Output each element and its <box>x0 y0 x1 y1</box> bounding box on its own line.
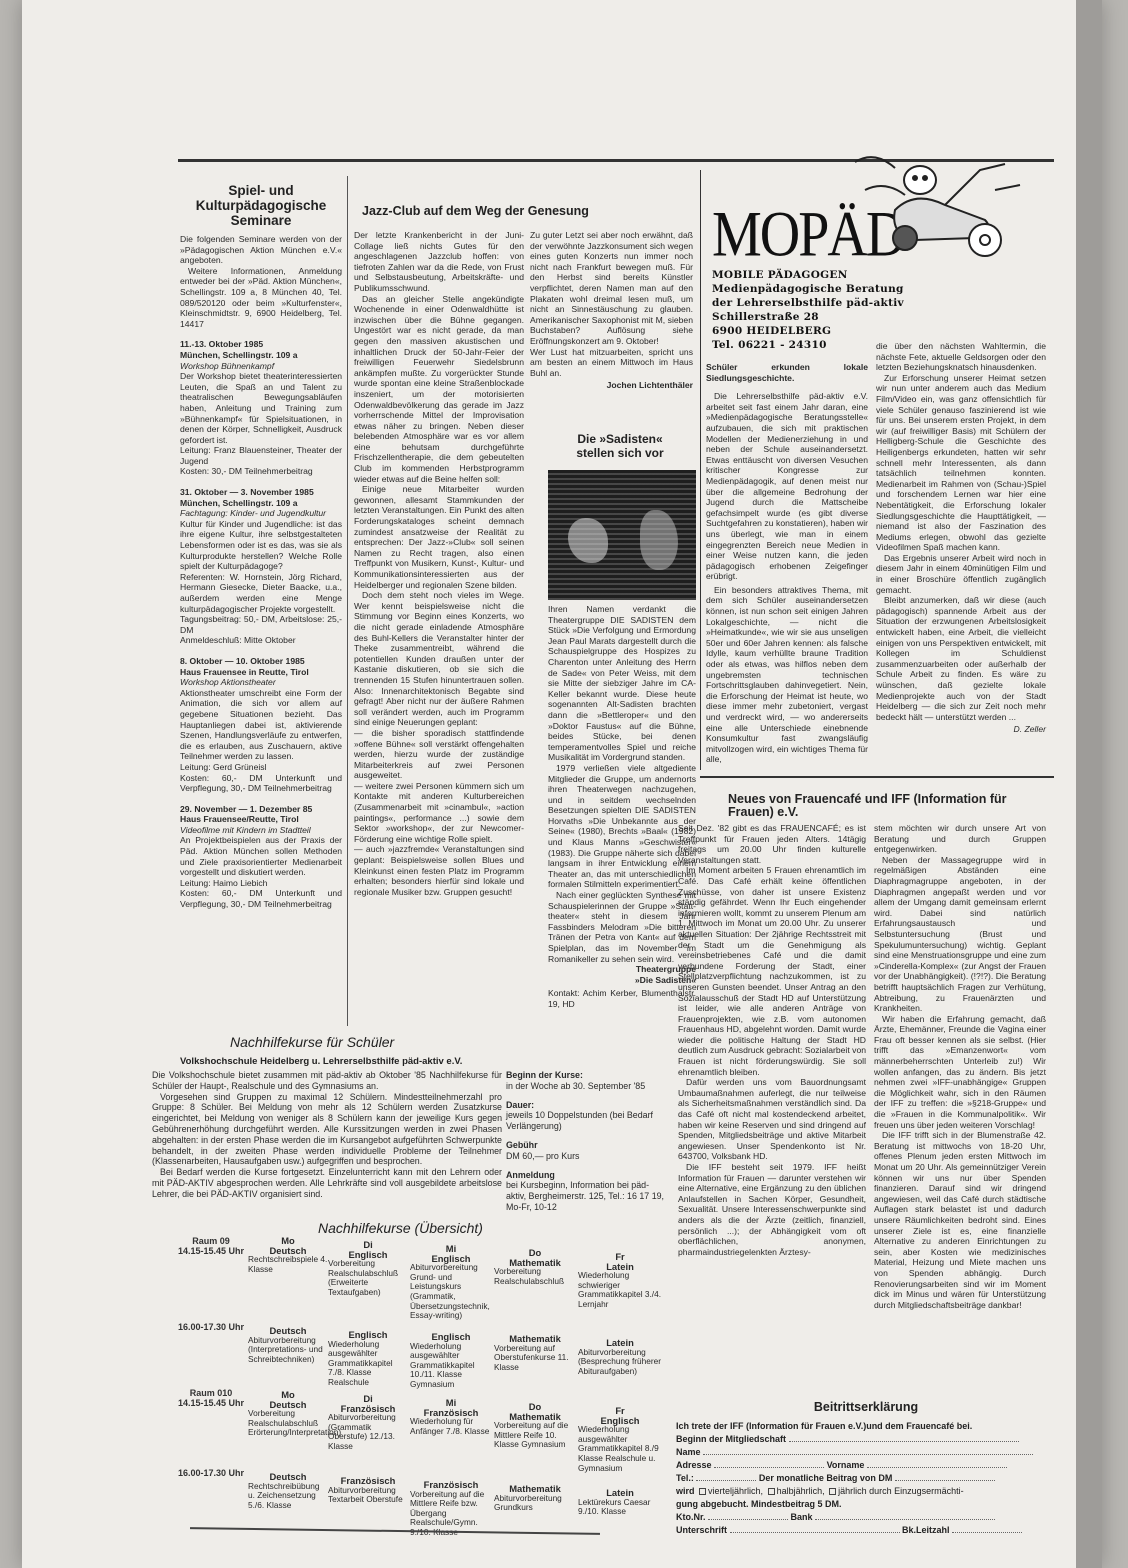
event-title: Videofilme mit Kindern im Stadtteil <box>180 825 342 836</box>
beitritt-adresse-row: Adresse Vorname <box>676 1459 1056 1472</box>
kto-label: Kto.Nr. <box>676 1512 706 1522</box>
event-title: Workshop Bühnenkampf <box>180 361 342 372</box>
event-place: Haus Frauensee/Reutte, Tirol <box>180 814 342 825</box>
course-cell: Fr Englisch Wiederholung ausgewählter Gr… <box>578 1406 662 1473</box>
frauencafe-paragraph: Die IFF besteht seit 1979. IFF heißt Inf… <box>678 1162 866 1257</box>
room-label: Raum 09 14.15-15.45 Uhr <box>176 1236 246 1256</box>
bank-field[interactable] <box>815 1511 995 1520</box>
sadisten-paragraph: Ihren Namen verdankt die Theatergruppe D… <box>548 604 696 763</box>
event-leitung: Leitung: Gerd Grüneisl <box>180 762 342 773</box>
slot-time: 16.00-17.30 Uhr <box>176 1468 246 1478</box>
course-desc: Wiederholung schwieriger Grammatikkapite… <box>578 1270 661 1309</box>
seminare-article: Spiel- und Kulturpädagogische Seminare D… <box>180 183 342 910</box>
jazz-list-item: — weitere zwei Personen kümmern sich um … <box>354 781 524 845</box>
nachhilfe-info: Beginn der Kurse: in der Woche ab 30. Se… <box>506 1070 666 1213</box>
beitritt-tel-row: Tel.: Der monatliche Beitrag von DM <box>676 1472 1056 1485</box>
jazz-paragraph: Zu guter Letzt sei aber noch erwähnt, da… <box>530 230 693 347</box>
course-cell: Mathematik Abiturvorbereitung Grundkurs <box>494 1484 576 1513</box>
beitritt-intro: Ich trete der IFF (Information für Fraue… <box>676 1420 1056 1433</box>
sadisten-signature: »Die Sadisten« <box>548 975 696 986</box>
jazz-col2: Zu guter Letzt sei aber noch erwähnt, da… <box>530 230 693 391</box>
mopaed-paragraph: Ein besonders attraktives Thema, mit dem… <box>706 585 868 765</box>
room-label: Raum 010 14.15-15.45 Uhr <box>176 1388 246 1408</box>
course-cell: Mathematik Vorbereitung auf Oberstufenku… <box>494 1334 576 1372</box>
slot-time: 14.15-15.45 Uhr <box>176 1398 246 1408</box>
beitritt-name-row: Name <box>676 1446 1056 1459</box>
info-value: jeweils 10 Doppelstunden (bei Bedarf Ver… <box>506 1110 666 1132</box>
seminar-event: 11.-13. Oktober 1985 München, Schellings… <box>180 339 342 477</box>
unterschrift-field[interactable] <box>730 1524 900 1533</box>
event-leitung: Leitung: Franz Blauensteiner, Theater de… <box>180 445 342 466</box>
sadisten-contact: Kontakt: Achim Kerber, Blumenthalstr. 19… <box>548 988 696 1009</box>
kto-field[interactable] <box>708 1511 788 1520</box>
mopaed-line: MOBILE PÄDAGOGEN <box>712 268 904 282</box>
nachhilfe-body: Die Volkshochschule bietet zusammen mit … <box>152 1070 502 1200</box>
mopaed-paragraph: die über den nächsten Wahltermin, die nä… <box>876 341 1046 373</box>
option-label: vierteljährlich, <box>708 1486 763 1496</box>
nachhilfe-subtitle: Volkshochschule Heidelberg u. Lehrerselb… <box>180 1056 462 1067</box>
frauencafe-paragraph: Neben der Massagegruppe wird in regelmäß… <box>874 855 1046 1014</box>
sadisten-title-line1: Die »Sadisten« <box>545 432 695 446</box>
mopaed-col1: Schüler erkunden lokale Siedlungsgeschic… <box>706 362 868 765</box>
seminare-title: Spiel- und Kulturpädagogische Seminare <box>180 183 342 228</box>
frauencafe-paragraph: Im Moment arbeiten 5 Frauen ehrenamtlich… <box>678 865 866 1077</box>
event-kosten: Kosten: 60,- DM Unterkunft und Verpflegu… <box>180 888 342 909</box>
beitritt-bank-row: Kto.Nr. Bank <box>676 1511 1056 1524</box>
beitritt-signature-row: Unterschrift Bk.Leitzahl <box>676 1524 1056 1537</box>
course-desc: Abiturvorbereitung (Grammatik Oberstufe)… <box>328 1412 396 1451</box>
blz-field[interactable] <box>952 1524 1022 1533</box>
jazz-paragraph: Einige neue Mitarbeiter wurden gewonnen,… <box>354 484 524 590</box>
jazz-title: Jazz-Club auf dem Weg der Genesung <box>362 204 589 218</box>
mopaed-box-border <box>700 170 701 770</box>
event-kosten: Kosten: 30,- DM Teilnehmerbeitrag <box>180 466 342 477</box>
room-name: Raum 010 <box>176 1388 246 1398</box>
course-desc: Vorbereitung Realschulabschluß <box>494 1266 564 1286</box>
course-desc: Rechtschreibübung u. Zeichensetzung 5./6… <box>248 1481 320 1510</box>
blz-label: Bk.Leitzahl <box>902 1525 950 1535</box>
nachhilfe-paragraph: Vorgesehen sind Gruppen zu maximal 12 Sc… <box>152 1092 502 1168</box>
event-kosten: Tagungsbeitrag: 50,- DM, Arbeitslose: 25… <box>180 614 342 635</box>
mopaed-paragraph: Bleibt anzumerken, daß wir diese (auch p… <box>876 595 1046 722</box>
course-cell: Mi Französisch Wiederholung für Anfänger… <box>410 1398 492 1436</box>
course-cell: Latein Lektürekurs Caesar 9./10. Klasse <box>578 1488 662 1517</box>
event-date: 11.-13. Oktober 1985 <box>180 339 342 350</box>
course-desc: Rechtschreibspiele 4. Klasse <box>248 1254 327 1274</box>
event-date: 8. Oktober — 10. Oktober 1985 <box>180 656 342 667</box>
beginn-field[interactable] <box>789 1433 1019 1442</box>
course-cell: Do Mathematik Vorbereitung auf die Mittl… <box>494 1402 576 1450</box>
seminar-event: 31. Oktober — 3. November 1985 München, … <box>180 487 342 646</box>
slot-time: 16.00-17.30 Uhr <box>176 1322 246 1332</box>
event-leitung: Referenten: W. Hornstein, Jörg Richard, … <box>180 572 342 614</box>
seminar-event: 8. Oktober — 10. Oktober 1985 Haus Fraue… <box>180 656 342 794</box>
info-value: bei Kursbeginn, Information bei päd-akti… <box>506 1180 666 1212</box>
course-desc: Vorbereitung Realschulabschluß (Erweiter… <box>328 1258 398 1297</box>
frauencafe-col2: stem möchten wir durch unsere Art von Be… <box>874 823 1046 1310</box>
event-date: 31. Oktober — 3. November 1985 <box>180 487 342 498</box>
course-desc: Wiederholung ausgewählter Grammatikkapit… <box>410 1341 475 1389</box>
info-label: Anmeldung <box>506 1170 666 1181</box>
unterschrift-label: Unterschrift <box>676 1525 727 1535</box>
course-cell: Do Mathematik Vorbereitung Realschulabsc… <box>494 1248 576 1286</box>
photo-figure <box>640 510 678 570</box>
beginn-label: Beginn der Mitgliedschaft <box>676 1434 786 1444</box>
info-anmeldung: Anmeldung bei Kursbeginn, Information be… <box>506 1170 666 1213</box>
tel-field[interactable] <box>696 1472 756 1481</box>
event-leitung: Leitung: Haimo Liebich <box>180 878 342 889</box>
mopaed-line: Medienpädagogische Beratung <box>712 282 904 296</box>
jazz-paragraph: Wer Lust hat mitzuarbeiten, spricht uns … <box>530 347 693 379</box>
course-cell: Französisch Vorbereitung auf die Mittler… <box>410 1480 492 1538</box>
course-desc: Wiederholung für Anfänger 7./8. Klasse <box>410 1416 489 1436</box>
mopaed-paragraph: Zur Erforschung unserer Heimat setzen wi… <box>876 373 1046 553</box>
course-desc: Vorbereitung auf die Mittlere Reife 10. … <box>494 1420 568 1449</box>
course-cell: Englisch Wiederholung ausgewählter Gramm… <box>410 1332 492 1390</box>
course-desc: Abiturvorbereitung Textarbeit Oberstufe <box>328 1485 403 1505</box>
vorname-field[interactable] <box>867 1459 1007 1468</box>
scooter-illustration-icon <box>835 150 1035 260</box>
seminar-event: 29. November — 1. Dezember 85 Haus Fraue… <box>180 804 342 910</box>
info-label: Dauer: <box>506 1100 666 1111</box>
wird-label: wird <box>676 1486 695 1496</box>
mopaed-subhead: Schüler erkunden lokale Siedlungsgeschic… <box>706 362 868 383</box>
name-field[interactable] <box>703 1446 1033 1455</box>
option-label: halbjährlich, <box>777 1486 825 1496</box>
info-gebuehr: Gebühr DM 60,— pro Kurs <box>506 1140 666 1162</box>
beitritt-beginn-row: Beginn der Mitgliedschaft <box>676 1433 1056 1446</box>
course-cell: Latein Abiturvorbereitung (Besprechung f… <box>578 1338 662 1376</box>
course-desc: Abiturvorbereitung Grund- und Leistungsk… <box>410 1262 490 1320</box>
course-cell: Französisch Abiturvorbereitung Textarbei… <box>328 1476 408 1505</box>
sadisten-paragraph: Nach einer geglückten Synthese mit Schau… <box>548 890 696 964</box>
jazz-paragraph: Der letzte Krankenbericht in der Juni-Co… <box>354 230 524 294</box>
info-dauer: Dauer: jeweils 10 Doppelstunden (bei Bed… <box>506 1100 666 1132</box>
mopaed-line: 6900 HEIDELBERG <box>712 324 904 338</box>
beitritt-interval-row: wird vierteljährlich, halbjährlich, jähr… <box>676 1485 1056 1498</box>
event-place: München, Schellingstr. 109 a <box>180 350 342 361</box>
info-label: Beginn der Kurse: <box>506 1070 666 1081</box>
beitritt-form: Beitrittserklärung Ich trete der IFF (In… <box>676 1400 1056 1537</box>
seminare-intro-p1: Die folgenden Seminare werden von der »P… <box>180 234 342 266</box>
info-label: Gebühr <box>506 1140 666 1151</box>
event-body: An Projektbeispielen aus der Praxis der … <box>180 835 342 877</box>
slot-time: 14.15-15.45 Uhr <box>176 1246 246 1256</box>
nachhilfe-title: Nachhilfekurse für Schüler <box>230 1034 394 1050</box>
course-desc: Wiederholung ausgewählter Grammatikkapit… <box>578 1424 659 1472</box>
uebersicht-title: Nachhilfekurse (Übersicht) <box>318 1220 483 1236</box>
course-desc: Abiturvorbereitung (Interpretations- und… <box>248 1335 323 1364</box>
beitrag-field[interactable] <box>895 1472 995 1481</box>
adresse-label: Adresse <box>676 1460 712 1470</box>
mopaed-paragraph: Das Ergebnis unserer Arbeit wird noch in… <box>876 553 1046 595</box>
jazz-list-item: — auch »jazzfremde« Veranstaltungen sind… <box>354 844 524 897</box>
info-beginn: Beginn der Kurse: in der Woche ab 30. Se… <box>506 1070 666 1092</box>
course-cell: Englisch Wiederholung ausgewählter Gramm… <box>328 1330 408 1388</box>
sadisten-title: Die »Sadisten« stellen sich vor <box>545 432 695 460</box>
mopaed-paragraph: Die Lehrerselbsthilfe päd-aktiv e.V. arb… <box>706 391 868 582</box>
info-value: in der Woche ab 30. September '85 <box>506 1081 666 1092</box>
course-cell: Deutsch Rechtschreibübung u. Zeichensetz… <box>248 1472 328 1510</box>
mopaed-col2: die über den nächsten Wahltermin, die nä… <box>876 341 1046 735</box>
checkbox-vierteljaehrlich[interactable] <box>699 1488 706 1495</box>
course-cell: Deutsch Abiturvorbereitung (Interpretati… <box>248 1326 328 1364</box>
option-label: jährlich durch Einzugsermächti- <box>838 1486 964 1496</box>
jazz-list-item: — die bisher sporadisch stattfindende »o… <box>354 728 524 781</box>
mopaed-line: Schillerstraße 28 <box>712 310 904 324</box>
beitrag-label: Der monatliche Beitrag von DM <box>759 1473 893 1483</box>
jazz-paragraph: Das an gleicher Stelle angekündigte Woch… <box>354 294 524 485</box>
info-value: DM 60,— pro Kurs <box>506 1151 666 1162</box>
jazz-author: Jochen Lichtenthäler <box>530 380 693 391</box>
event-place: München, Schellingstr. 109 a <box>180 498 342 509</box>
course-cell: Mo Deutsch Vorbereitung Realschulabschlu… <box>248 1390 328 1438</box>
frauencafe-paragraph: Wir haben die Erfahrung gemacht, daß Ärz… <box>874 1014 1046 1131</box>
sadisten-signature: Theatergruppe <box>548 964 696 975</box>
mopaed-contact-block: MOBILE PÄDAGOGEN Medienpädagogische Bera… <box>712 268 904 352</box>
vorname-label: Vorname <box>827 1460 865 1470</box>
course-desc: Abiturvorbereitung (Besprechung früherer… <box>578 1347 661 1376</box>
nachhilfe-paragraph: Bei Bedarf werden die Kurse fortgesetzt.… <box>152 1167 502 1199</box>
jazz-col1: Der letzte Krankenbericht in der Juni-Co… <box>354 230 524 897</box>
checkbox-halbjaehrlich[interactable] <box>768 1488 775 1495</box>
photo-figure <box>568 518 608 563</box>
event-body: Der Workshop bietet theaterinteressierte… <box>180 371 342 445</box>
frauencafe-paragraph: Seit Dez. '82 gibt es das FRAUENCAFÉ; es… <box>678 823 866 865</box>
jazz-paragraph: Doch dem steht noch vieles im Wege. Wer … <box>354 590 524 728</box>
page-shadow-edge <box>1076 0 1102 1568</box>
frauencafe-paragraph: stem möchten wir durch unsere Art von Be… <box>874 823 1046 855</box>
room-name: Raum 09 <box>176 1236 246 1246</box>
seminare-intro-p2: Weitere Informationen, Anmeldung entwede… <box>180 266 342 330</box>
course-desc: Abiturvorbereitung Grundkurs <box>494 1493 562 1513</box>
frauencafe-col1: Seit Dez. '82 gibt es das FRAUENCAFÉ; es… <box>678 823 866 1257</box>
bank-label: Bank <box>791 1512 813 1522</box>
beitritt-title: Beitrittserklärung <box>676 1400 1056 1414</box>
event-kosten: Kosten: 60,- DM Unterkunft und Verpflegu… <box>180 773 342 794</box>
event-title: Fachtagung: Kinder- und Jugendkultur <box>180 508 342 519</box>
event-anmeldeschluss: Anmeldeschluß: Mitte Oktober <box>180 635 342 646</box>
adresse-field[interactable] <box>714 1459 824 1468</box>
course-desc: Lektürekurs Caesar 9./10. Klasse <box>578 1497 650 1517</box>
event-body: Aktionstheater umschreibt eine Form der … <box>180 688 342 762</box>
frauencafe-paragraph: Die IFF trifft sich in der Blumenstraße … <box>874 1130 1046 1310</box>
course-desc: Wiederholung ausgewählter Grammatikkapit… <box>328 1339 393 1387</box>
tel-label: Tel.: <box>676 1473 694 1483</box>
column-divider <box>347 176 348 1026</box>
sadisten-body: Ihren Namen verdankt die Theatergruppe D… <box>548 604 696 1010</box>
sadisten-paragraph: 1979 verließen viele altgediente Mitglie… <box>548 763 696 890</box>
beitritt-mindestbeitrag: gung abgebucht. Mindestbeitrag 5 DM. <box>676 1498 1056 1511</box>
course-cell: Di Englisch Vorbereitung Realschulabschl… <box>328 1240 408 1298</box>
mopaed-box-border <box>700 776 1054 778</box>
event-title: Workshop Aktionstheater <box>180 677 342 688</box>
course-cell: Mi Englisch Abiturvorbereitung Grund- un… <box>410 1244 492 1321</box>
checkbox-jaehrlich[interactable] <box>829 1488 836 1495</box>
seminare-intro: Die folgenden Seminare werden von der »P… <box>180 234 342 329</box>
course-cell: Mo Deutsch Rechtschreibspiele 4. Klasse <box>248 1236 328 1274</box>
course-desc: Vorbereitung auf Oberstufenkurse 11. Kla… <box>494 1343 569 1372</box>
event-body: Kultur für Kinder und Jugendliche: ist d… <box>180 519 342 572</box>
event-place: Haus Frauensee in Reutte, Tirol <box>180 667 342 678</box>
sadisten-title-line2: stellen sich vor <box>545 446 695 460</box>
course-cell: Di Französisch Abiturvorbereitung (Gramm… <box>328 1394 408 1452</box>
mopaed-line: der Lehrerselbsthilfe päd-aktiv <box>712 296 904 310</box>
frauencafe-paragraph: Dafür werden uns vom Bauordnungsamt Umba… <box>678 1077 866 1162</box>
name-label: Name <box>676 1447 701 1457</box>
frauencafe-title: Neues von Frauencafé und IFF (Informatio… <box>728 793 1048 819</box>
theater-photo <box>548 470 696 600</box>
course-cell: Fr Latein Wiederholung schwieriger Gramm… <box>578 1252 662 1310</box>
nachhilfe-paragraph: Die Volkshochschule bietet zusammen mit … <box>152 1070 502 1092</box>
event-date: 29. November — 1. Dezember 85 <box>180 804 342 815</box>
mopaed-author: D. Zeller <box>876 724 1046 735</box>
